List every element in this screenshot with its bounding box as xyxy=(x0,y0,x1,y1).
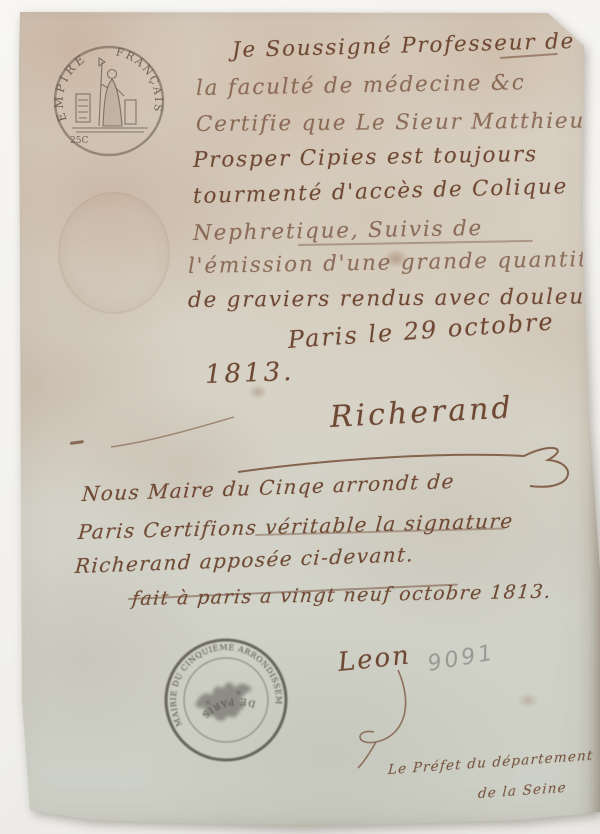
certificate-line: Je Soussigné Professeur de xyxy=(232,29,576,63)
attestation-line: Paris Certifions véritable la signature xyxy=(77,509,515,544)
revenue-stamp-figure xyxy=(72,58,148,132)
certificate-line: Prosper Cipies est toujours xyxy=(193,142,538,173)
certificate-place-date: Paris le 29 octobre xyxy=(287,307,555,354)
mairie-stamp-icon: MAIRIE DU CINQUIÈME ARRONDISSEMENT DE PA… xyxy=(142,617,311,783)
attestation-line: fait à paris a vingt neuf octobre 1813. xyxy=(131,581,553,610)
certificate-line: Certifie que Le Sieur Matthieu xyxy=(196,109,585,137)
certificate-year: 1813. xyxy=(204,357,294,390)
certificate-line: tourmenté d'accès de Colique xyxy=(193,174,569,209)
mayor-signature-flourish xyxy=(332,658,432,773)
document-paper: EMPIRE FRANÇAIS 25C Je Soussigné Profess… xyxy=(0,0,600,834)
prefet-line-2: de la Seine xyxy=(477,780,567,802)
svg-text:FRANÇAIS: FRANÇAIS xyxy=(115,45,165,114)
revenue-stamp-text-francais: FRANÇAIS xyxy=(115,45,165,114)
embossed-seal-ghost xyxy=(58,192,170,314)
revenue-stamp-icon: EMPIRE FRANÇAIS 25C xyxy=(52,44,166,158)
paper-shadow: EMPIRE FRANÇAIS 25C Je Soussigné Profess… xyxy=(0,0,600,834)
pencil-number: 9091 xyxy=(426,640,497,676)
certificate-line: la faculté de médecine &c xyxy=(196,70,526,101)
doctor-signature: Richerand xyxy=(329,390,514,435)
pen-flourish xyxy=(108,414,238,450)
certificate-line: l'émission d'une grande quantité xyxy=(188,247,600,279)
ink-stroke xyxy=(70,440,84,445)
photo-backdrop: EMPIRE FRANÇAIS 25C Je Soussigné Profess… xyxy=(0,0,600,834)
attestation-line: Richerand apposée ci-devant. xyxy=(74,542,415,578)
revenue-stamp-denomination: 25C xyxy=(70,136,88,146)
